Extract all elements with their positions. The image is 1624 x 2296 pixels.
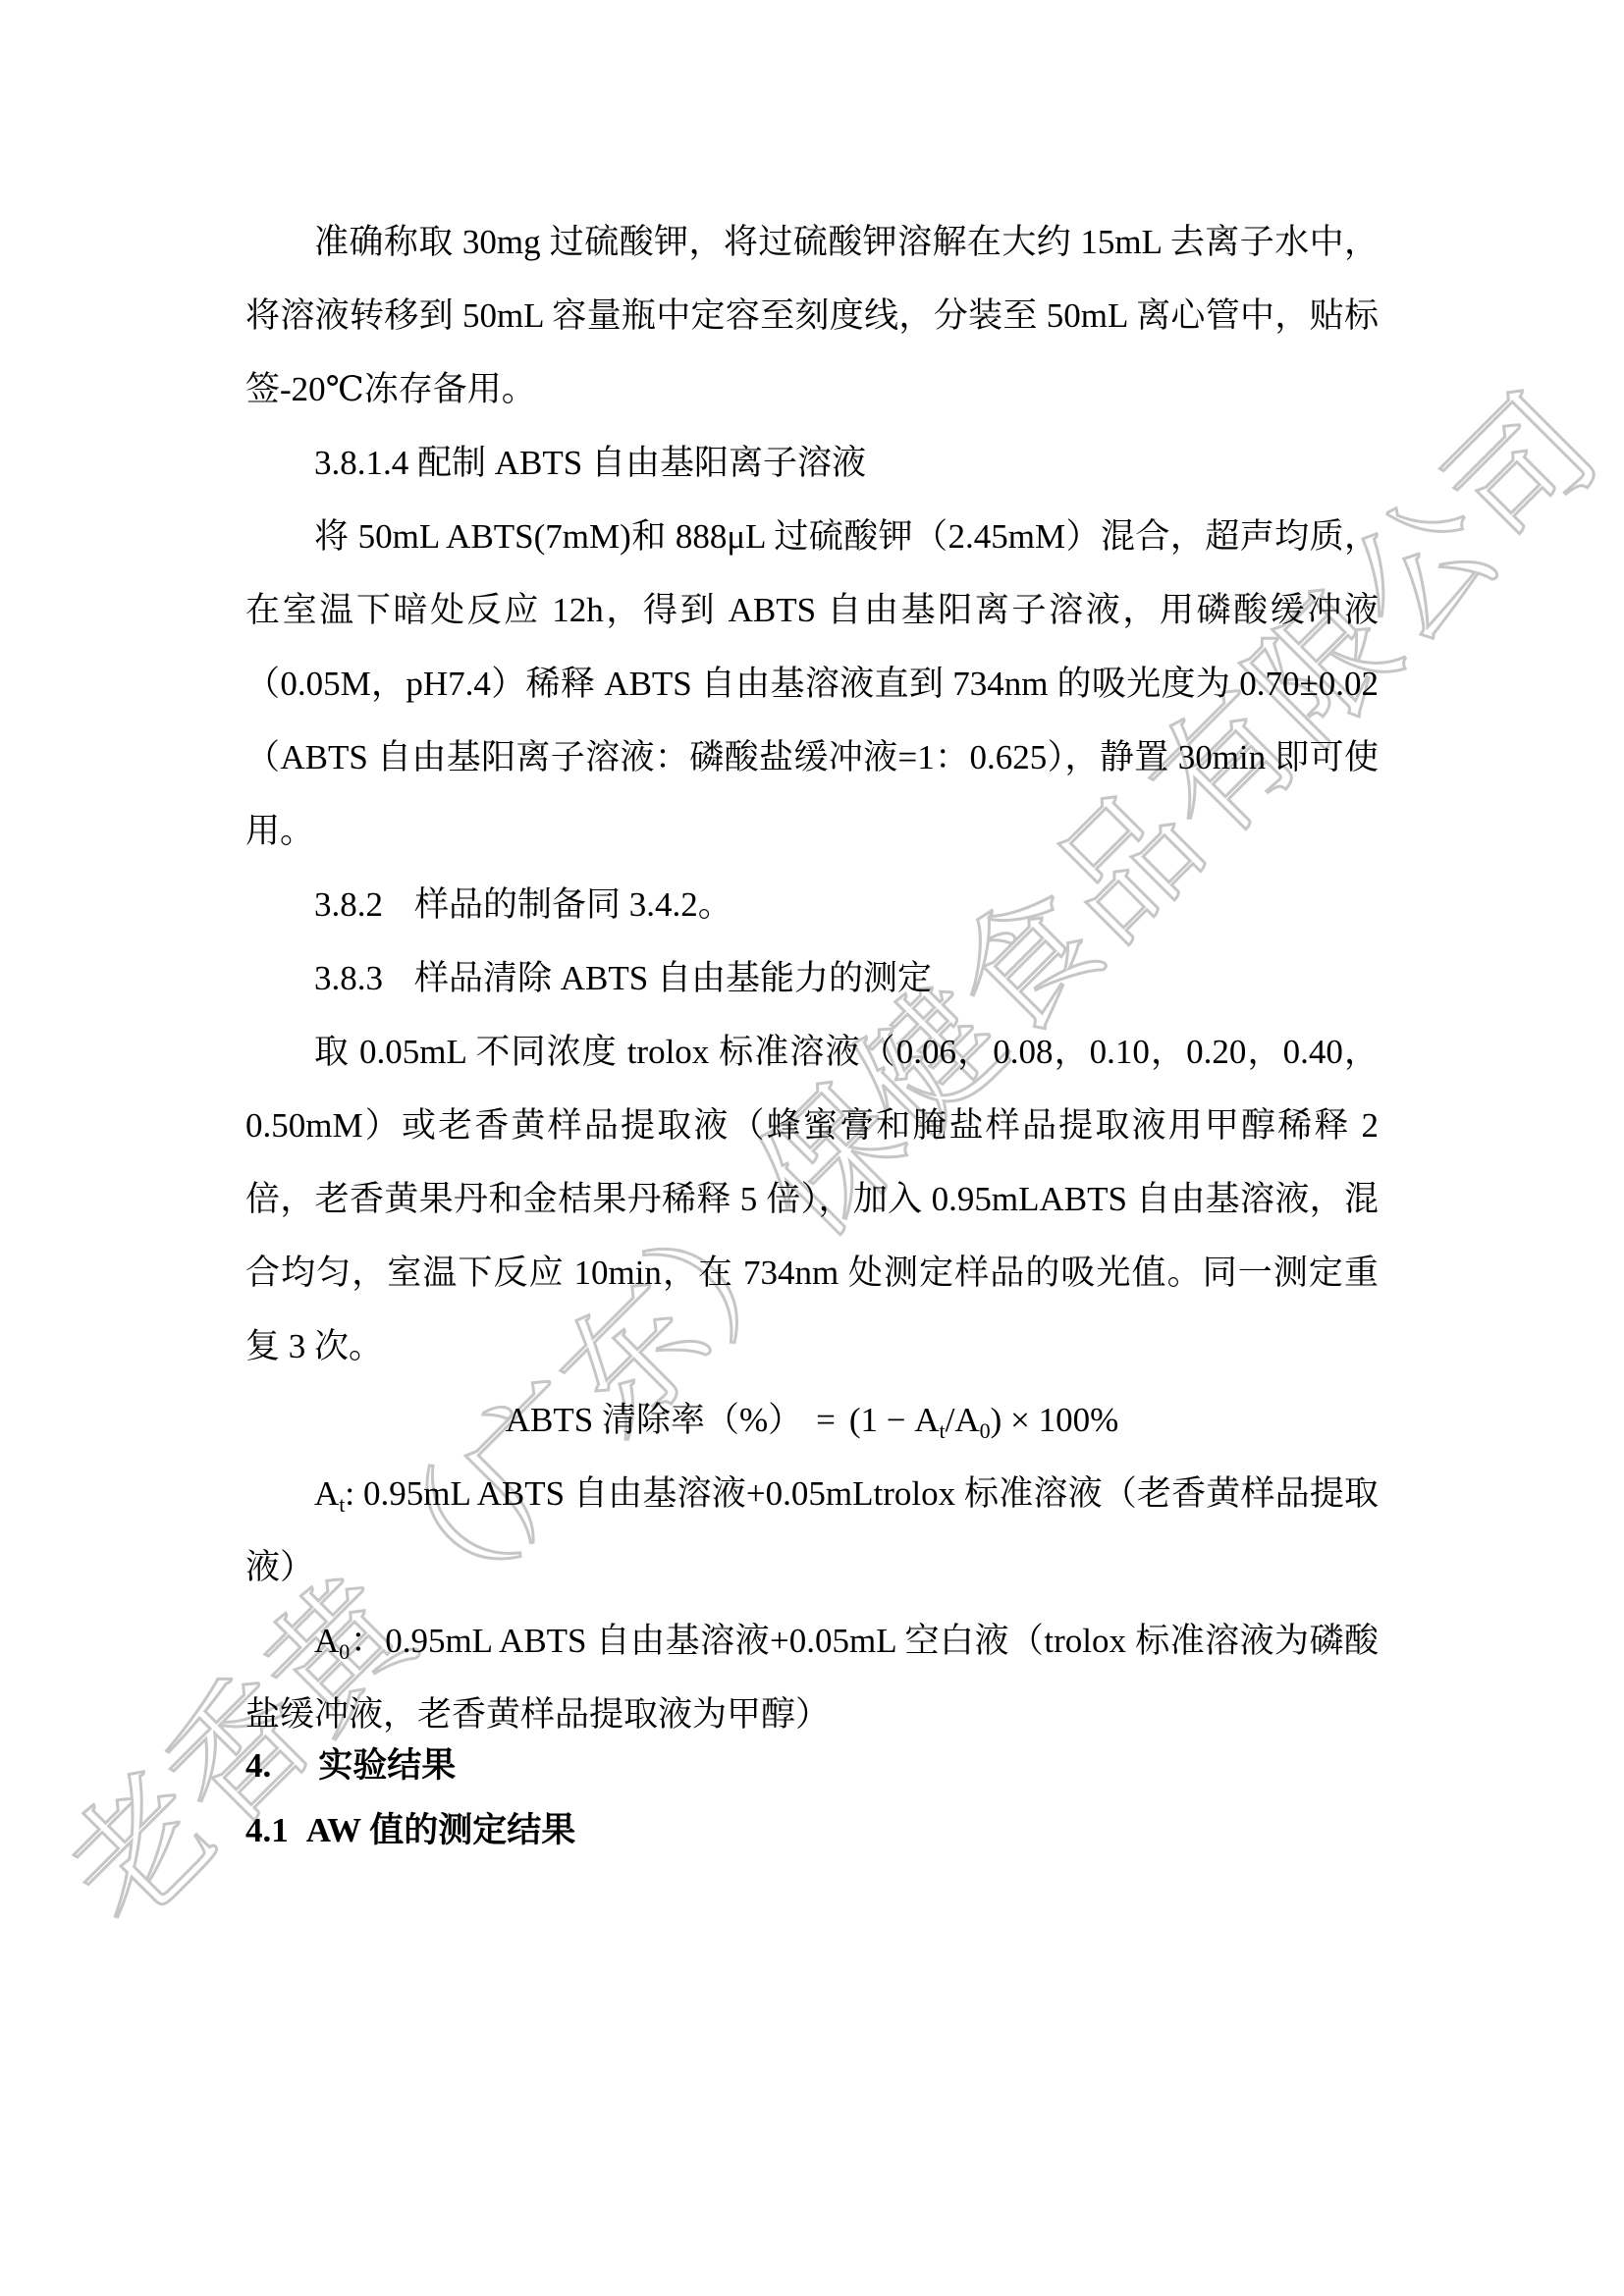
paragraph-abts-preparation: 将 50mL ABTS(7mM)和 888μL 过硫酸钾（2.45mM）混合，超…	[245, 500, 1379, 868]
heading-3-8-2-number: 3.8.2	[314, 885, 383, 924]
heading-3-8-3: 3.8.3样品清除 ABTS 自由基能力的测定	[245, 941, 1379, 1015]
heading-4-label: 实验结果	[318, 1746, 456, 1785]
abts-clearance-formula: ABTS 清除率（%）=(1 − At/A0) × 100%	[245, 1383, 1379, 1457]
formula-mid-term: /A	[946, 1401, 980, 1439]
heading-4-1-label: AW 值的测定结果	[306, 1811, 576, 1849]
definition-A0-text: ：0.95mL ABTS 自由基溶液+0.05mL 空白液（trolox 标准溶…	[245, 1622, 1379, 1734]
definition-At-text: : 0.95mL ABTS 自由基溶液+0.05mLtrolox 标准溶液（老香…	[245, 1474, 1379, 1586]
formula-subscript-0: 0	[980, 1418, 991, 1443]
heading-4-1-number: 4.1	[245, 1811, 289, 1849]
formula-open-term: (1 − A	[849, 1401, 940, 1439]
definition-A0-symbol: A	[314, 1622, 339, 1660]
heading-4-1-aw-results: 4.1AW 值的测定结果	[245, 1798, 1379, 1863]
definition-At: At: 0.95mL ABTS 自由基溶液+0.05mLtrolox 标准溶液（…	[245, 1457, 1379, 1604]
definition-A0: A0：0.95mL ABTS 自由基溶液+0.05mL 空白液（trolox 标…	[245, 1604, 1379, 1751]
formula-close-term: ) × 100%	[991, 1401, 1119, 1439]
paragraph-sample-measurement: 取 0.05mL 不同浓度 trolox 标准溶液（0.06，0.08，0.10…	[245, 1015, 1379, 1383]
definition-At-subscript: t	[339, 1492, 345, 1517]
heading-4-number: 4.	[245, 1746, 271, 1785]
definition-At-symbol: A	[314, 1474, 339, 1513]
heading-3-8-3-label: 样品清除 ABTS 自由基能力的测定	[414, 959, 932, 997]
formula-lhs: ABTS 清除率（%）	[506, 1401, 802, 1439]
heading-3-8-2-label: 样品的制备同 3.4.2。	[414, 885, 732, 924]
formula-equals-sign: =	[816, 1401, 836, 1439]
paragraph-potassium-persulfate: 准确称取 30mg 过硫酸钾，将过硫酸钾溶解在大约 15mL 去离子水中，将溶液…	[245, 205, 1379, 426]
heading-3-8-3-number: 3.8.3	[314, 959, 383, 997]
document-page: 老香黄（广东）保健食品有限公司 准确称取 30mg 过硫酸钾，将过硫酸钾溶解在大…	[0, 0, 1624, 2296]
definition-A0-subscript: 0	[339, 1639, 350, 1664]
heading-3-8-1-4: 3.8.1.4 配制 ABTS 自由基阳离子溶液	[245, 426, 1379, 500]
heading-3-8-2: 3.8.2样品的制备同 3.4.2。	[245, 868, 1379, 941]
formula-subscript-t: t	[940, 1418, 946, 1443]
document-body: 准确称取 30mg 过硫酸钾，将过硫酸钾溶解在大约 15mL 去离子水中，将溶液…	[245, 205, 1379, 1863]
